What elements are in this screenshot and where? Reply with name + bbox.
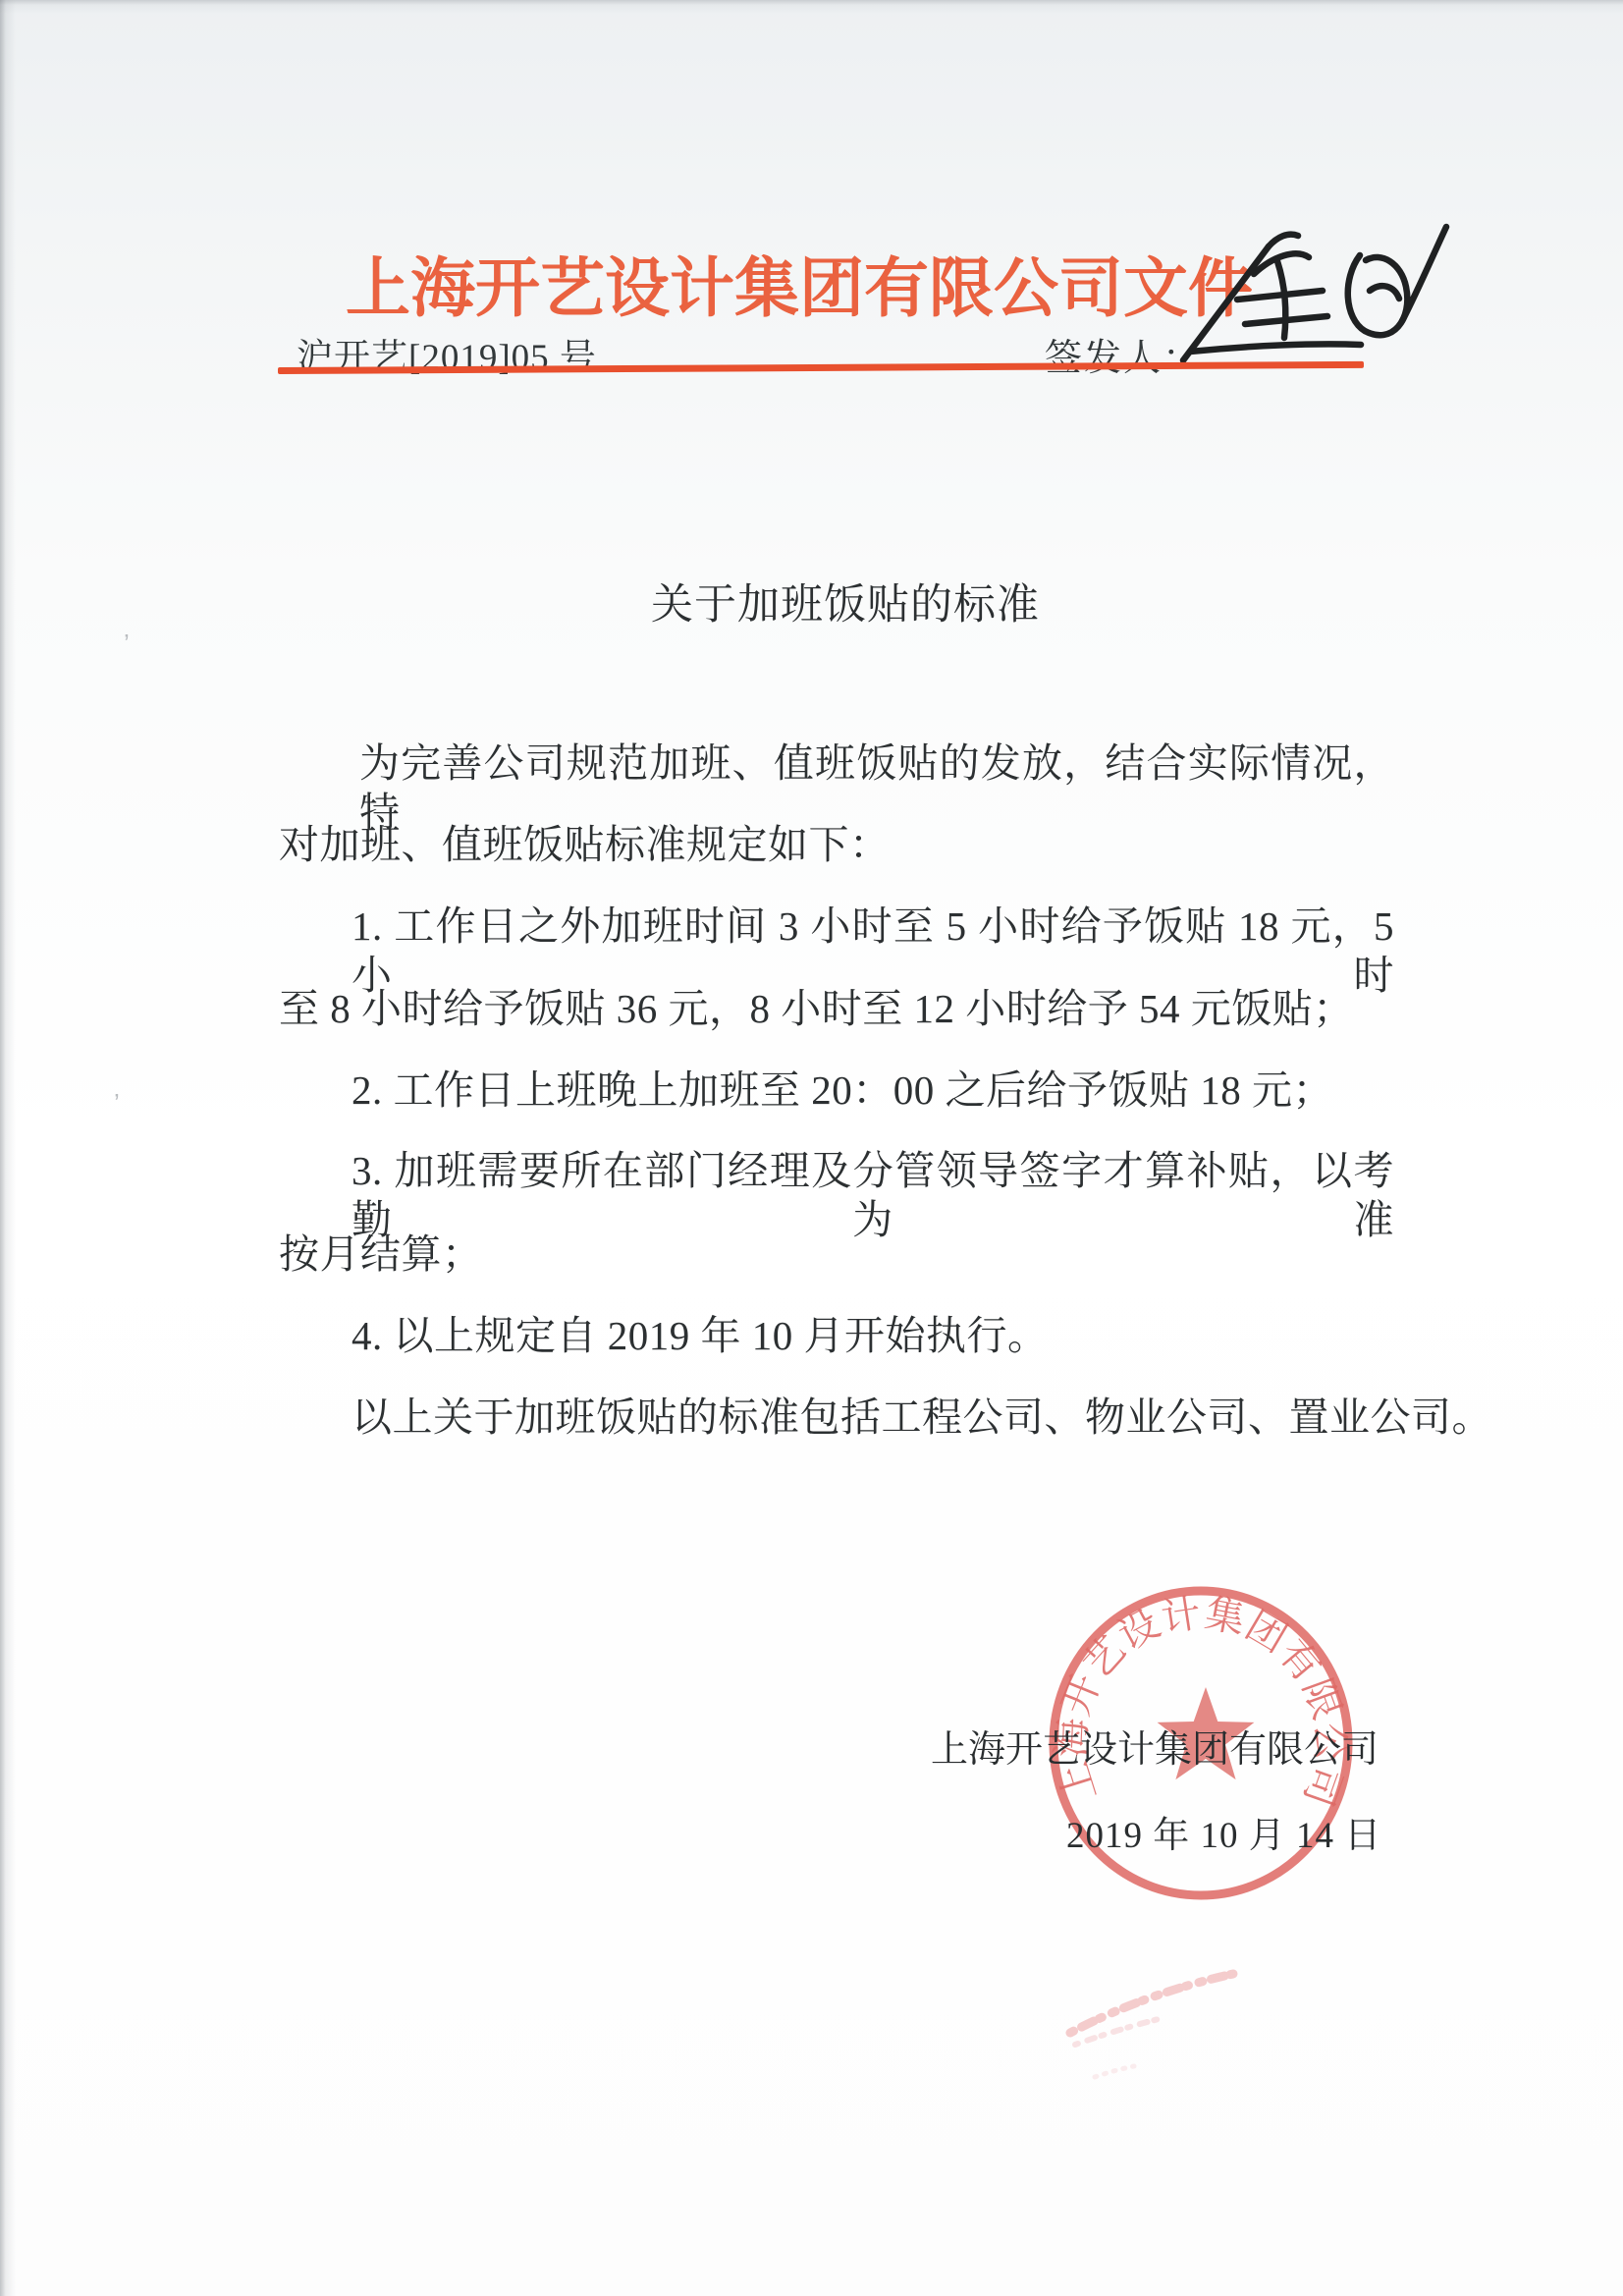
issuer-signature-handwriting xyxy=(1159,162,1463,383)
document-subject: 关于加班饭贴的标准 xyxy=(651,572,1040,631)
seal-ring-text: 上海开艺设计集团有限公司 xyxy=(1049,1591,1352,1812)
faint-partial-stamp xyxy=(1001,1935,1296,2102)
body-line: 以上关于加班饭贴的标准包括工程公司、物业公司、置业公司。 xyxy=(352,1393,1492,1442)
body-line: 4. 以上规定自 2019 年 10 月开始执行。 xyxy=(352,1311,1049,1360)
scan-artifact: ’ xyxy=(114,1088,120,1119)
signoff-date: 2019 年 10 月 14 日 xyxy=(1066,1805,1381,1858)
svg-text:上海开艺设计集团有限公司: 上海开艺设计集团有限公司 xyxy=(1049,1591,1352,1812)
signoff-company: 上海开艺设计集团有限公司 xyxy=(931,1719,1379,1773)
body-line: 对加班、值班饭贴标准规定如下： xyxy=(279,820,891,869)
letterhead-title: 上海开艺设计集团有限公司文件 xyxy=(346,236,1278,329)
body-line: 至 8 小时给予饭贴 36 元，8 小时至 12 小时给予 54 元饭贴； xyxy=(279,984,1354,1033)
body-line: 2. 工作日上班晚上加班至 20：00 之后给予饭贴 18 元； xyxy=(352,1066,1333,1115)
scanned-document-page: 上海开艺设计集团有限公司文件 沪开艺[2019]05 号 签发人： 关于加班饭贴… xyxy=(0,0,1623,2296)
scan-artifact: ’ xyxy=(124,629,130,659)
body-line: 3. 加班需要所在部门经理及分管领导签字才算补贴，以考勤为准 xyxy=(352,1146,1394,1244)
body-line: 按月结算； xyxy=(279,1230,483,1279)
